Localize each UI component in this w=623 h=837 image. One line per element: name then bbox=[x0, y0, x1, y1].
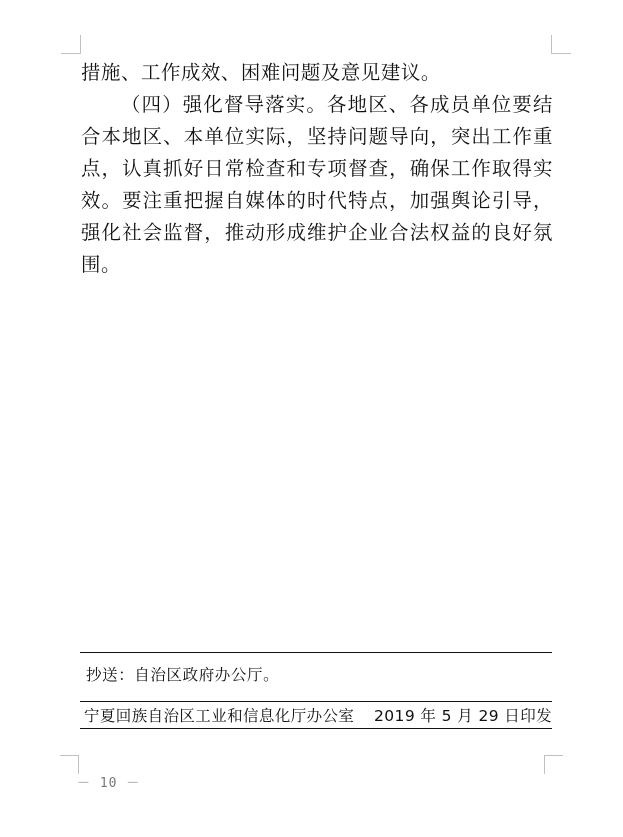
crop-mark-bottom-left-vertical bbox=[78, 755, 79, 774]
paragraph-supervision: （四）强化督导落实。各地区、各成员单位要结合本地区、本单位实际，坚持问题导向，突… bbox=[81, 89, 553, 281]
paragraph-continuation: 措施、工作成效、困难问题及意见建议。 bbox=[81, 57, 553, 89]
crop-mark-top-right-vertical bbox=[551, 35, 552, 54]
footer-rule-top bbox=[80, 652, 552, 653]
footer-rule-bottom bbox=[80, 728, 552, 729]
cc-line: 抄送：自治区政府办公厅。 bbox=[86, 664, 279, 686]
issuer-name: 宁夏回族自治区工业和信息化厅办公室 bbox=[84, 705, 354, 727]
issuer-line: 宁夏回族自治区工业和信息化厅办公室 2019 年 5 月 29 日印发 bbox=[84, 705, 552, 727]
crop-mark-top-right-horizontal bbox=[551, 53, 571, 54]
page-number: － 10 － bbox=[77, 775, 140, 793]
crop-mark-top-left-horizontal bbox=[61, 53, 81, 54]
document-page: 措施、工作成效、困难问题及意见建议。 （四）强化督导落实。各地区、各成员单位要结… bbox=[0, 0, 623, 837]
issue-date: 2019 年 5 月 29 日印发 bbox=[374, 705, 552, 727]
footer-rule-middle bbox=[80, 701, 552, 702]
crop-mark-bottom-left-horizontal bbox=[60, 755, 79, 756]
crop-mark-bottom-right-horizontal bbox=[544, 755, 563, 756]
crop-mark-top-left-vertical bbox=[80, 35, 81, 54]
crop-mark-bottom-right-vertical bbox=[544, 755, 545, 774]
body-text: 措施、工作成效、困难问题及意见建议。 （四）强化督导落实。各地区、各成员单位要结… bbox=[81, 57, 553, 281]
